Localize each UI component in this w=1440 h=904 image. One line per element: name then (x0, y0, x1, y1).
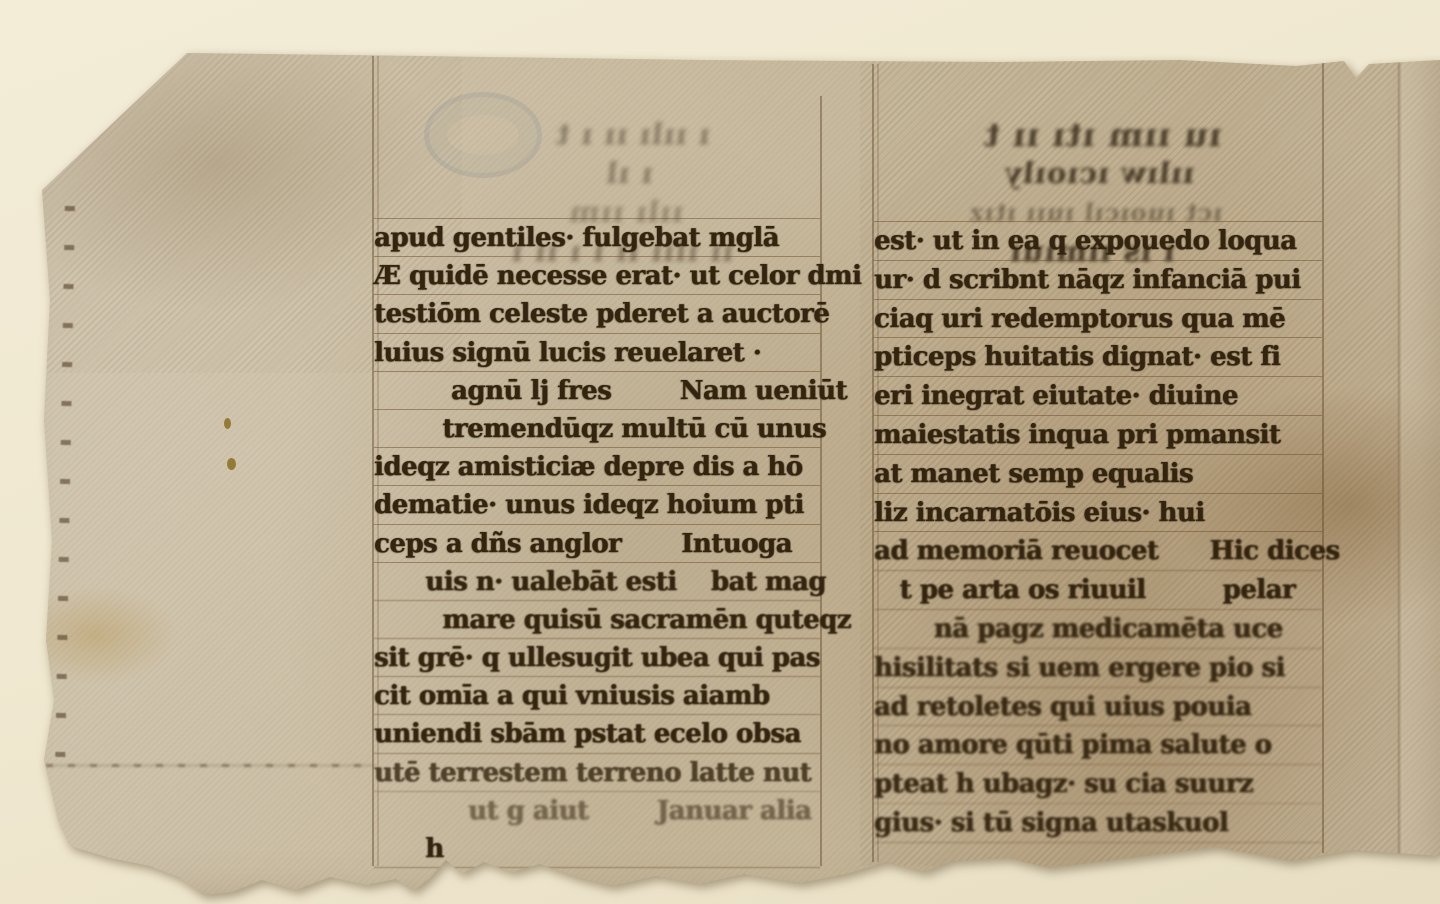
manuscript-line: cit omīa a qui vniusis aiamb (374, 677, 820, 715)
manuscript-line: no amore qūti pima salute o (874, 726, 1322, 765)
parchment-fragment: ı ıılı ıı ı tı ılıılı ıımıı ılıı ıı ı ı … (0, 0, 1440, 904)
manuscript-line: t pe arta os riuuil pelar (874, 571, 1322, 610)
manuscript-line: ceps a dñs anglor Intuoga (374, 525, 820, 563)
manuscript-line: nā pagz medicamēta uce (874, 610, 1322, 649)
manuscript-line: ur· d scribnt nāqz infanciā pui (874, 261, 1322, 300)
ink-offset-line: ıılıw ıcıoıly (878, 154, 1321, 193)
photograph-background: ı ıılı ıı ı tı ılıılı ıımıı ılıı ıı ı ı … (0, 0, 1440, 904)
manuscript-line: maiestatis inqua pri pmansit (874, 416, 1322, 455)
manuscript-line: ideqz amisticiæ depre dis a hō (374, 448, 820, 486)
fold-crease-bottom-left (46, 764, 376, 767)
ruling-vertical-line (820, 96, 822, 866)
manuscript-line: pticeps huitatis dignat· est fi (874, 338, 1322, 377)
ink-offset-line: ı ıılı ıı ı t (431, 115, 834, 154)
manuscript-line: testiōm celeste pderet a auctorē (374, 295, 820, 333)
manuscript-line: luius signū lucis reuelaret · (374, 334, 820, 372)
ink-spot (227, 458, 236, 470)
manuscript-line: uniendi sbām pstat ecelo obsa (374, 715, 820, 753)
manuscript-line: dematie· unus ideqz hoium pti (374, 486, 820, 524)
manuscript-line: gius· si tū signa utaskuol (874, 804, 1322, 843)
ink-offset-line: ıu ıım ıtı ıı t (881, 115, 1324, 154)
manuscript-line: ut g aiut Januar alia (374, 792, 820, 830)
text-column-right: est· ut in ea q expouedo loquaur· d scri… (874, 221, 1322, 843)
manuscript-line: tremendūqz multū cū unus (374, 410, 820, 448)
manuscript-line: eri inegrat eiutate· diuine (874, 377, 1322, 416)
manuscript-line: pteat h ubagz· su cia suurz (874, 765, 1322, 804)
manuscript-line: apud gentiles· fulgebat mglā (374, 219, 820, 257)
ink-offset-line: ı ıl (428, 154, 831, 193)
manuscript-line: est· ut in ea q expouedo loqua (874, 222, 1322, 261)
manuscript-line: mare quisū sacramēn quteqz (374, 601, 820, 639)
manuscript-line: ad retoletes qui uius pouia (874, 688, 1322, 727)
text-column-left: apud gentiles· fulgebat mglāÆ quidē nece… (374, 218, 820, 868)
manuscript-line: at manet semp equalis (874, 455, 1322, 494)
ink-spot (224, 418, 231, 429)
parchment-edge-strip (1402, 60, 1440, 858)
manuscript-line: Æ quidē necesse erat· ut celor dmi (374, 257, 820, 295)
manuscript-line: sit grē· q ullesugit ubea qui pas (374, 639, 820, 677)
manuscript-line: h (374, 830, 820, 868)
manuscript-line: utē terrestem terreno latte nut (374, 754, 820, 792)
manuscript-line: ciaq uri redemptorus qua mē (874, 300, 1322, 339)
manuscript-line: liz incarnatōis eius· hui (874, 494, 1322, 533)
manuscript-line: uis n· ualebāt esti bat mag (374, 563, 820, 601)
parchment-surface: ı ıılı ıı ı tı ılıılı ıımıı ılıı ıı ı ı … (0, 0, 1440, 904)
manuscript-line: hisilitats si uem ergere pio si (874, 649, 1322, 688)
manuscript-line: ad memoriā reuocet Hic dices (874, 532, 1322, 571)
manuscript-line: agnū lj fres Nam ueniūt (374, 372, 820, 410)
ruling-vertical-line (1322, 63, 1324, 853)
